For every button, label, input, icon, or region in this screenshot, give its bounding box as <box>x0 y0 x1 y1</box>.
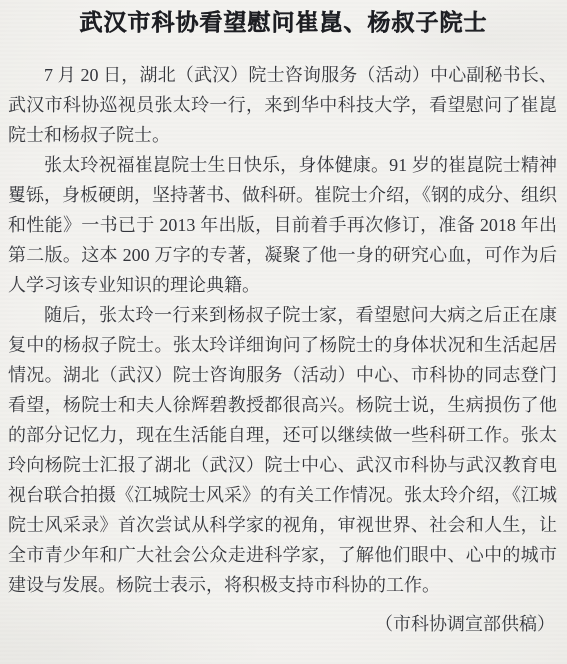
scanned-document-page: 武汉市科协看望慰问崔崑、杨叔子院士 7 月 20 日，湖北（武汉）院士咨询服务（… <box>0 0 567 664</box>
document-body: 7 月 20 日，湖北（武汉）院士咨询服务（活动）中心副秘书长、武汉市科协巡视员… <box>0 36 567 600</box>
paragraph-yang-shuzi: 随后，张太玲一行来到杨叔子院士家，看望慰问大病之后正在康复中的杨叔子院士。张太玲… <box>8 300 557 600</box>
byline-contributor-credit: （市科协调宣部供稿） <box>0 610 567 638</box>
paragraph-cui-kun: 张太玲祝福崔崑院士生日快乐，身体健康。91 岁的崔崑院士精神矍铄，身板硬朗，坚持… <box>8 150 557 300</box>
document-title: 武汉市科协看望慰问崔崑、杨叔子院士 <box>0 0 567 36</box>
paragraph-visit-intro: 7 月 20 日，湖北（武汉）院士咨询服务（活动）中心副秘书长、武汉市科协巡视员… <box>8 60 557 150</box>
